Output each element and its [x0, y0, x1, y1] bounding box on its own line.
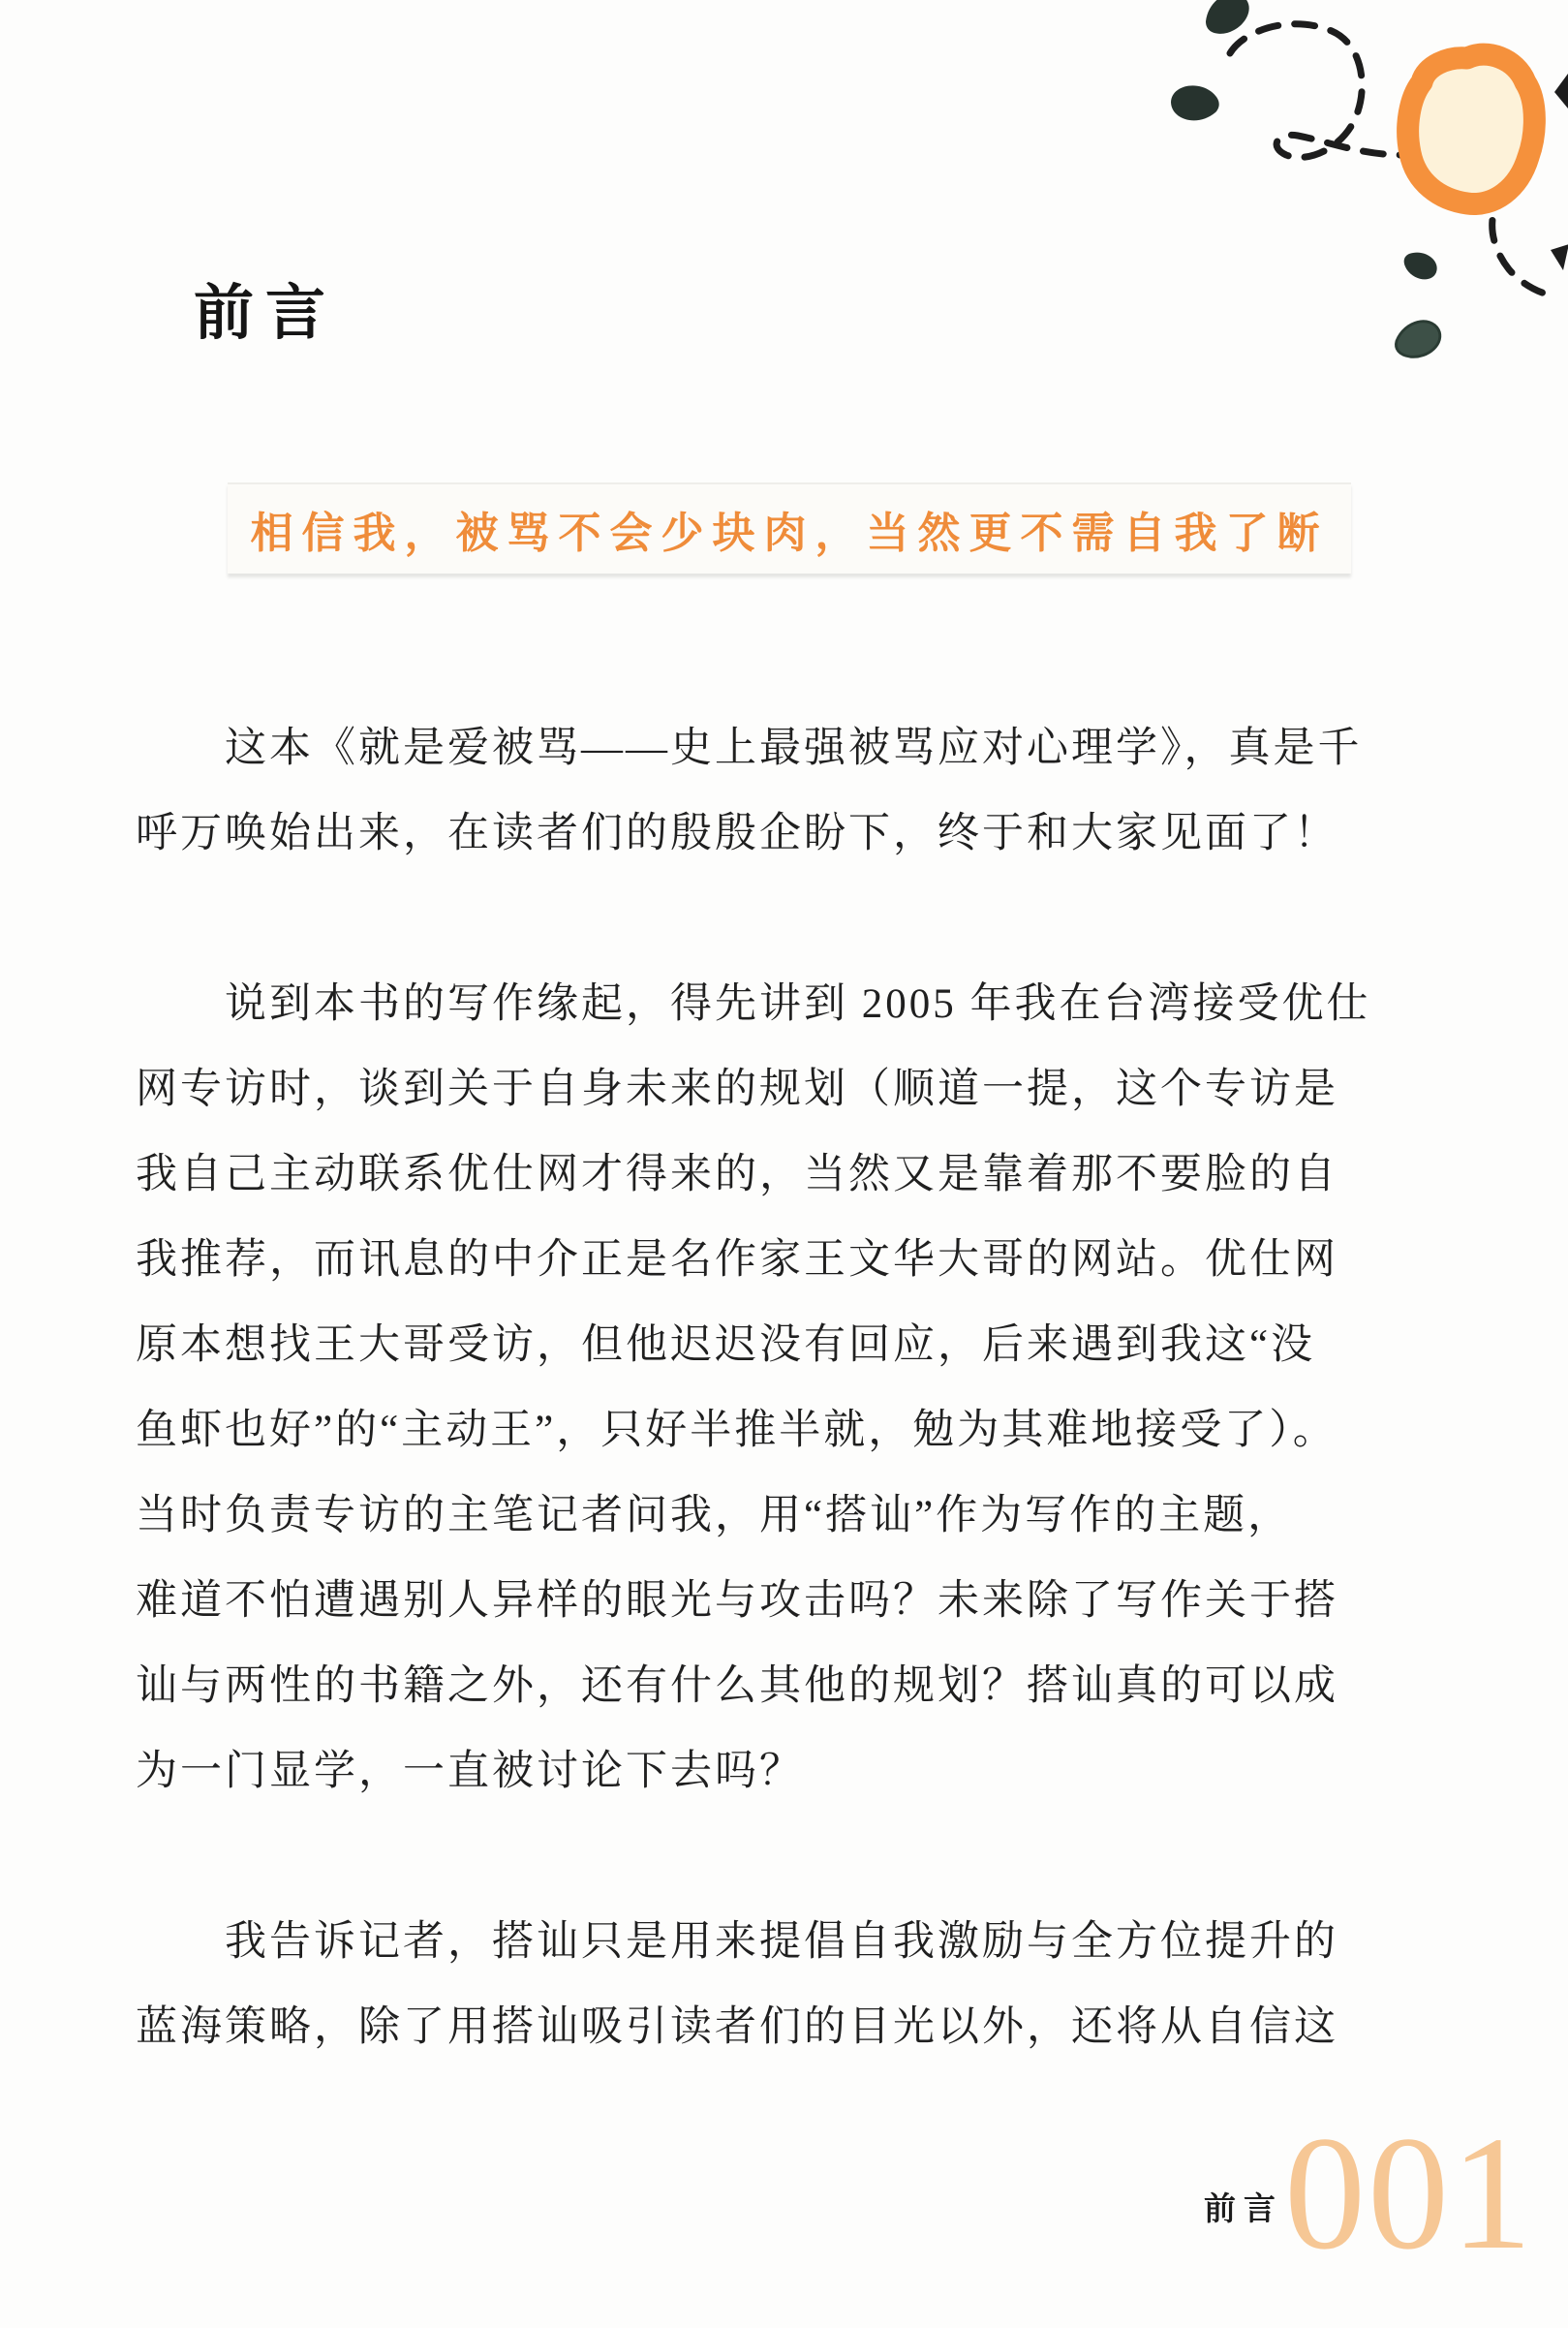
page-title: 前言 — [194, 281, 337, 347]
arrowhead-icon — [1554, 74, 1568, 109]
text-line: 说到本书的写作缘起，得先讲到 2005 年我在台湾接受优仕 — [136, 962, 1375, 1047]
decorative-illustration — [1114, 0, 1568, 417]
footer-section-label: 前言 — [1204, 2184, 1283, 2229]
text-line — [136, 877, 1375, 962]
text-line: 当时负责专访的主笔记者问我，用“搭讪”作为写作的主题， — [136, 1474, 1375, 1559]
subtitle-banner: 相信我，被骂不会少块肉，当然更不需自我了断 — [228, 482, 1351, 574]
text-line: 我告诉记者，搭讪只是用来提倡自我激励与全方位提升的 — [136, 1900, 1375, 1985]
text-line: 讪与两性的书籍之外，还有什么其他的规划？搭讪真的可以成 — [136, 1644, 1375, 1729]
text-line: 呼万唤始出来，在读者们的殷殷企盼下，终于和大家见面了！ — [136, 792, 1375, 877]
text-line: 我自己主动联系优仕网才得来的，当然又是靠着那不要脸的自 — [136, 1133, 1375, 1218]
page-number: 001 — [1284, 2112, 1534, 2275]
text-line: 鱼虾也好”的“主动王”，只好半推半就，勉为其难地接受了）。 — [136, 1388, 1375, 1474]
orange-fruit-doodle-icon — [1408, 54, 1535, 203]
subtitle-text: 相信我，被骂不会少块肉，当然更不需自我了断 — [251, 498, 1329, 560]
text-line: 蓝海策略，除了用搭讪吸引读者们的目光以外，还将从自信这 — [136, 1985, 1375, 2070]
text-line: 网专访时，谈到关于自身未来的规划（顺道一提，这个专访是 — [136, 1047, 1375, 1133]
text-line: 这本《就是爱被骂——史上最强被骂应对心理学》，真是千 — [136, 706, 1375, 792]
leaf-icon — [1169, 82, 1221, 124]
text-line: 原本想找王大哥受访，但他迟迟没有回应，后来遇到我这“没 — [136, 1303, 1375, 1388]
leaf-icon — [1391, 316, 1445, 362]
text-line — [136, 1815, 1375, 1900]
arrowhead-icon — [1551, 244, 1568, 270]
text-line: 难道不怕遭遇别人异样的眼光与攻击吗？未来除了写作关于搭 — [136, 1559, 1375, 1644]
text-line: 我推荐，而讯息的中介正是名作家王文华大哥的网站。优仕网 — [136, 1218, 1375, 1303]
body-text: 这本《就是爱被骂——史上最强被骂应对心理学》，真是千呼万唤始出来，在读者们的殷殷… — [136, 706, 1375, 2070]
text-line: 为一门显学，一直被讨论下去吗？ — [136, 1729, 1375, 1815]
leaf-icon — [1399, 246, 1442, 285]
book-page: 前言 相信我，被骂不会少块肉，当然更不需自我了断 这本《就是爱被骂——史上最强被… — [0, 0, 1568, 2328]
leaf-icon — [1197, 0, 1256, 42]
